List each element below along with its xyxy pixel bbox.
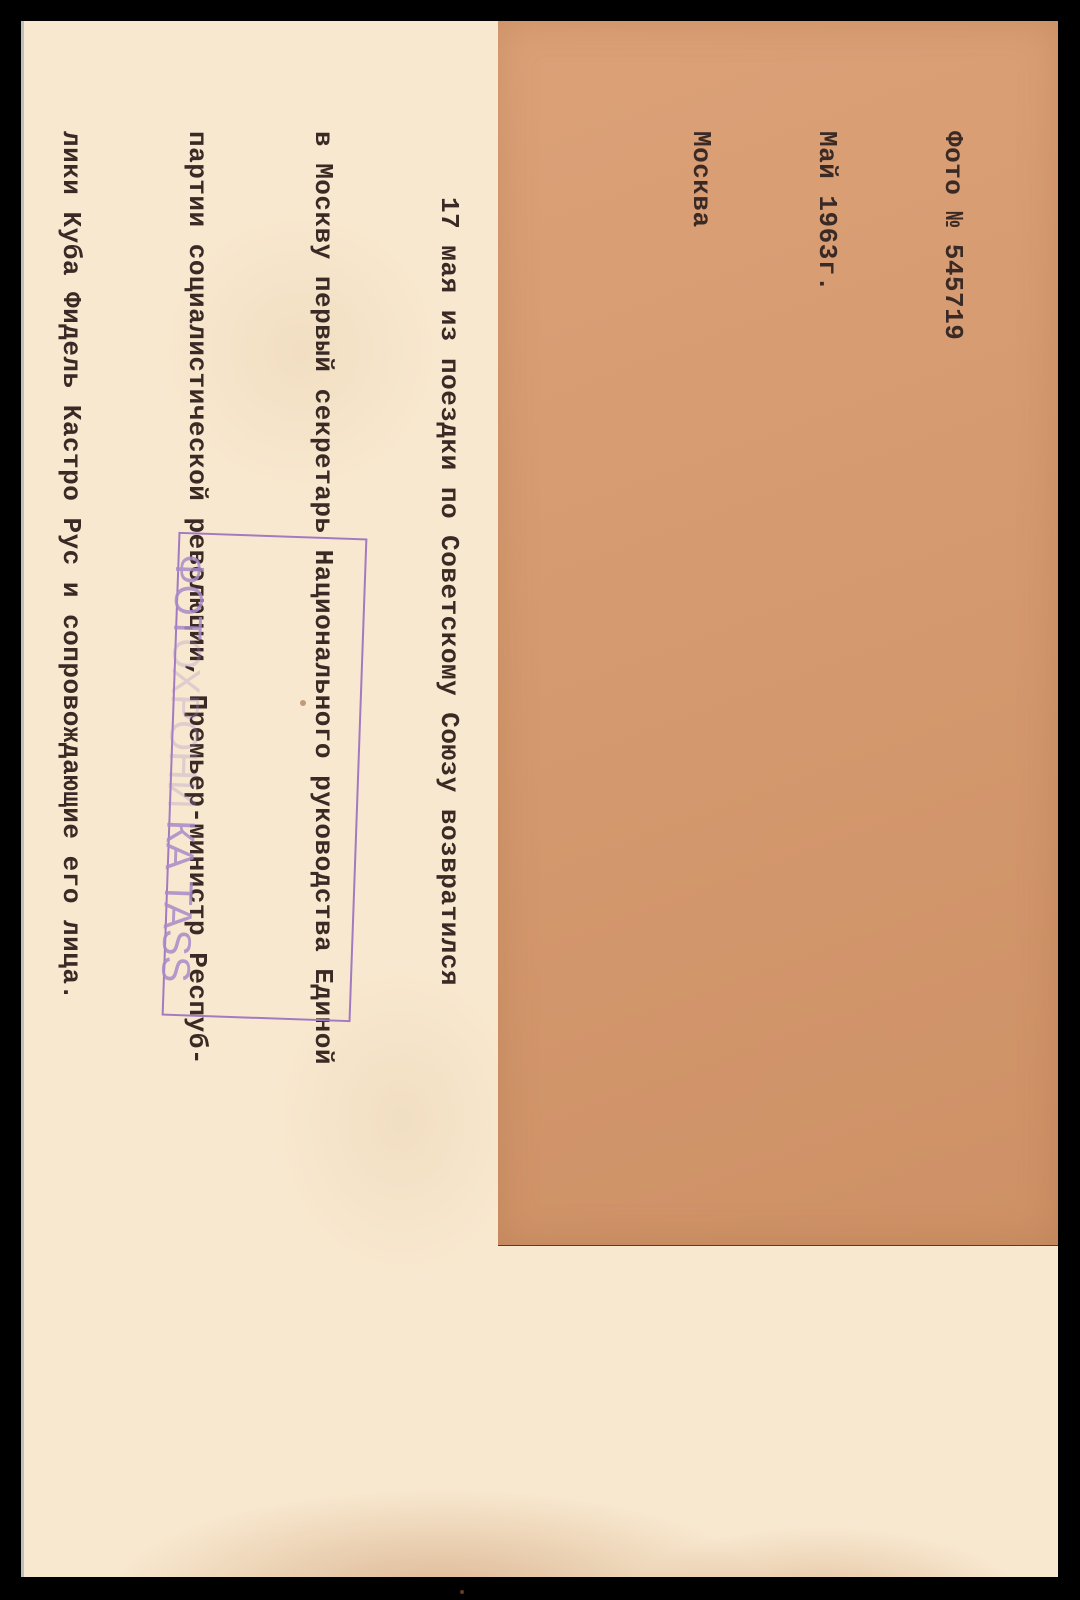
photo-date: Май 1963г. [806,131,848,1211]
caption-label: Фото № 545719 Май 1963г. Москва 17 мая и… [498,21,1058,1246]
photo-place: Москва [680,131,722,1211]
stain-spot [460,1590,464,1594]
stamp-line1-start: ФОТ [165,553,212,639]
caption-body-line: 17 мая из поездки по Советскому Союзу во… [428,131,470,1211]
photo-number: Фото № 545719 [932,131,974,1211]
agency-stamp: ФОТОХРОНИ КА TASS MOSCOW USSR [162,532,368,1022]
stamp-text: ФОТОХРОНИ КА TASS MOSCOW USSR [0,541,365,1020]
stamp-line2-faint: MOSCOW [0,546,2,736]
stamp-line1-end: КА TASS [153,819,203,983]
stamp-line1-faint: ОХРОНИ [159,638,209,810]
